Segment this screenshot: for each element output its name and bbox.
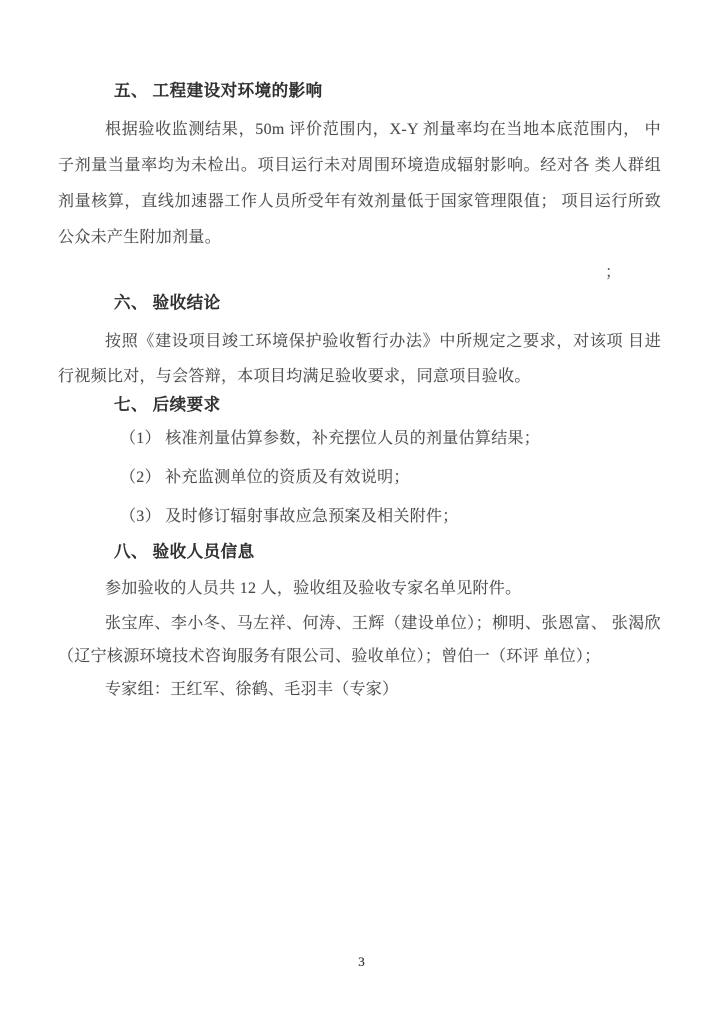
expert-group-names: 专家组：王红军、徐鹤、毛羽丰（专家） [58,673,661,706]
followup-item-3: （3） 及时修订辐射事故应急预案及相关附件； [58,502,661,532]
followup-item-2: （2） 补充监测单位的资质及有效说明； [58,463,661,493]
page-number: 3 [0,953,723,971]
attendees-names: 张宝库、李小冬、马左祥、何涛、王辉（建设单位）；柳明、张恩富、 张渴欣（辽宁核源… [58,607,661,673]
document-page: 五、 工程建设对环境的影响 根据验收监测结果，50m 评价范围内，X-Y 剂量率… [0,0,723,1024]
section-5-paragraph: 根据验收监测结果，50m 评价范围内，X-Y 剂量率均在当地本底范围内， 中子剂… [58,112,661,256]
section-8-paragraph: 参加验收的人员共 12 人，验收组及验收专家名单见附件。 [58,571,661,607]
section-5-heading: 五、 工程建设对环境的影响 [58,80,661,102]
section-6-paragraph: 按照《建设项目竣工环境保护验收暂行办法》中所规定之要求，对该项 目进行视频比对，… [58,324,661,394]
section-8-heading: 八、 验收人员信息 [58,541,661,563]
section-6-heading: 六、 验收结论 [58,292,661,314]
section-7-heading: 七、 后续要求 [58,394,661,416]
stray-semicolon: ； [58,256,661,290]
document-content: 五、 工程建设对环境的影响 根据验收监测结果，50m 评价范围内，X-Y 剂量率… [0,0,723,706]
followup-item-1: （1） 核准剂量估算参数，补充摆位人员的剂量估算结果； [58,424,661,454]
